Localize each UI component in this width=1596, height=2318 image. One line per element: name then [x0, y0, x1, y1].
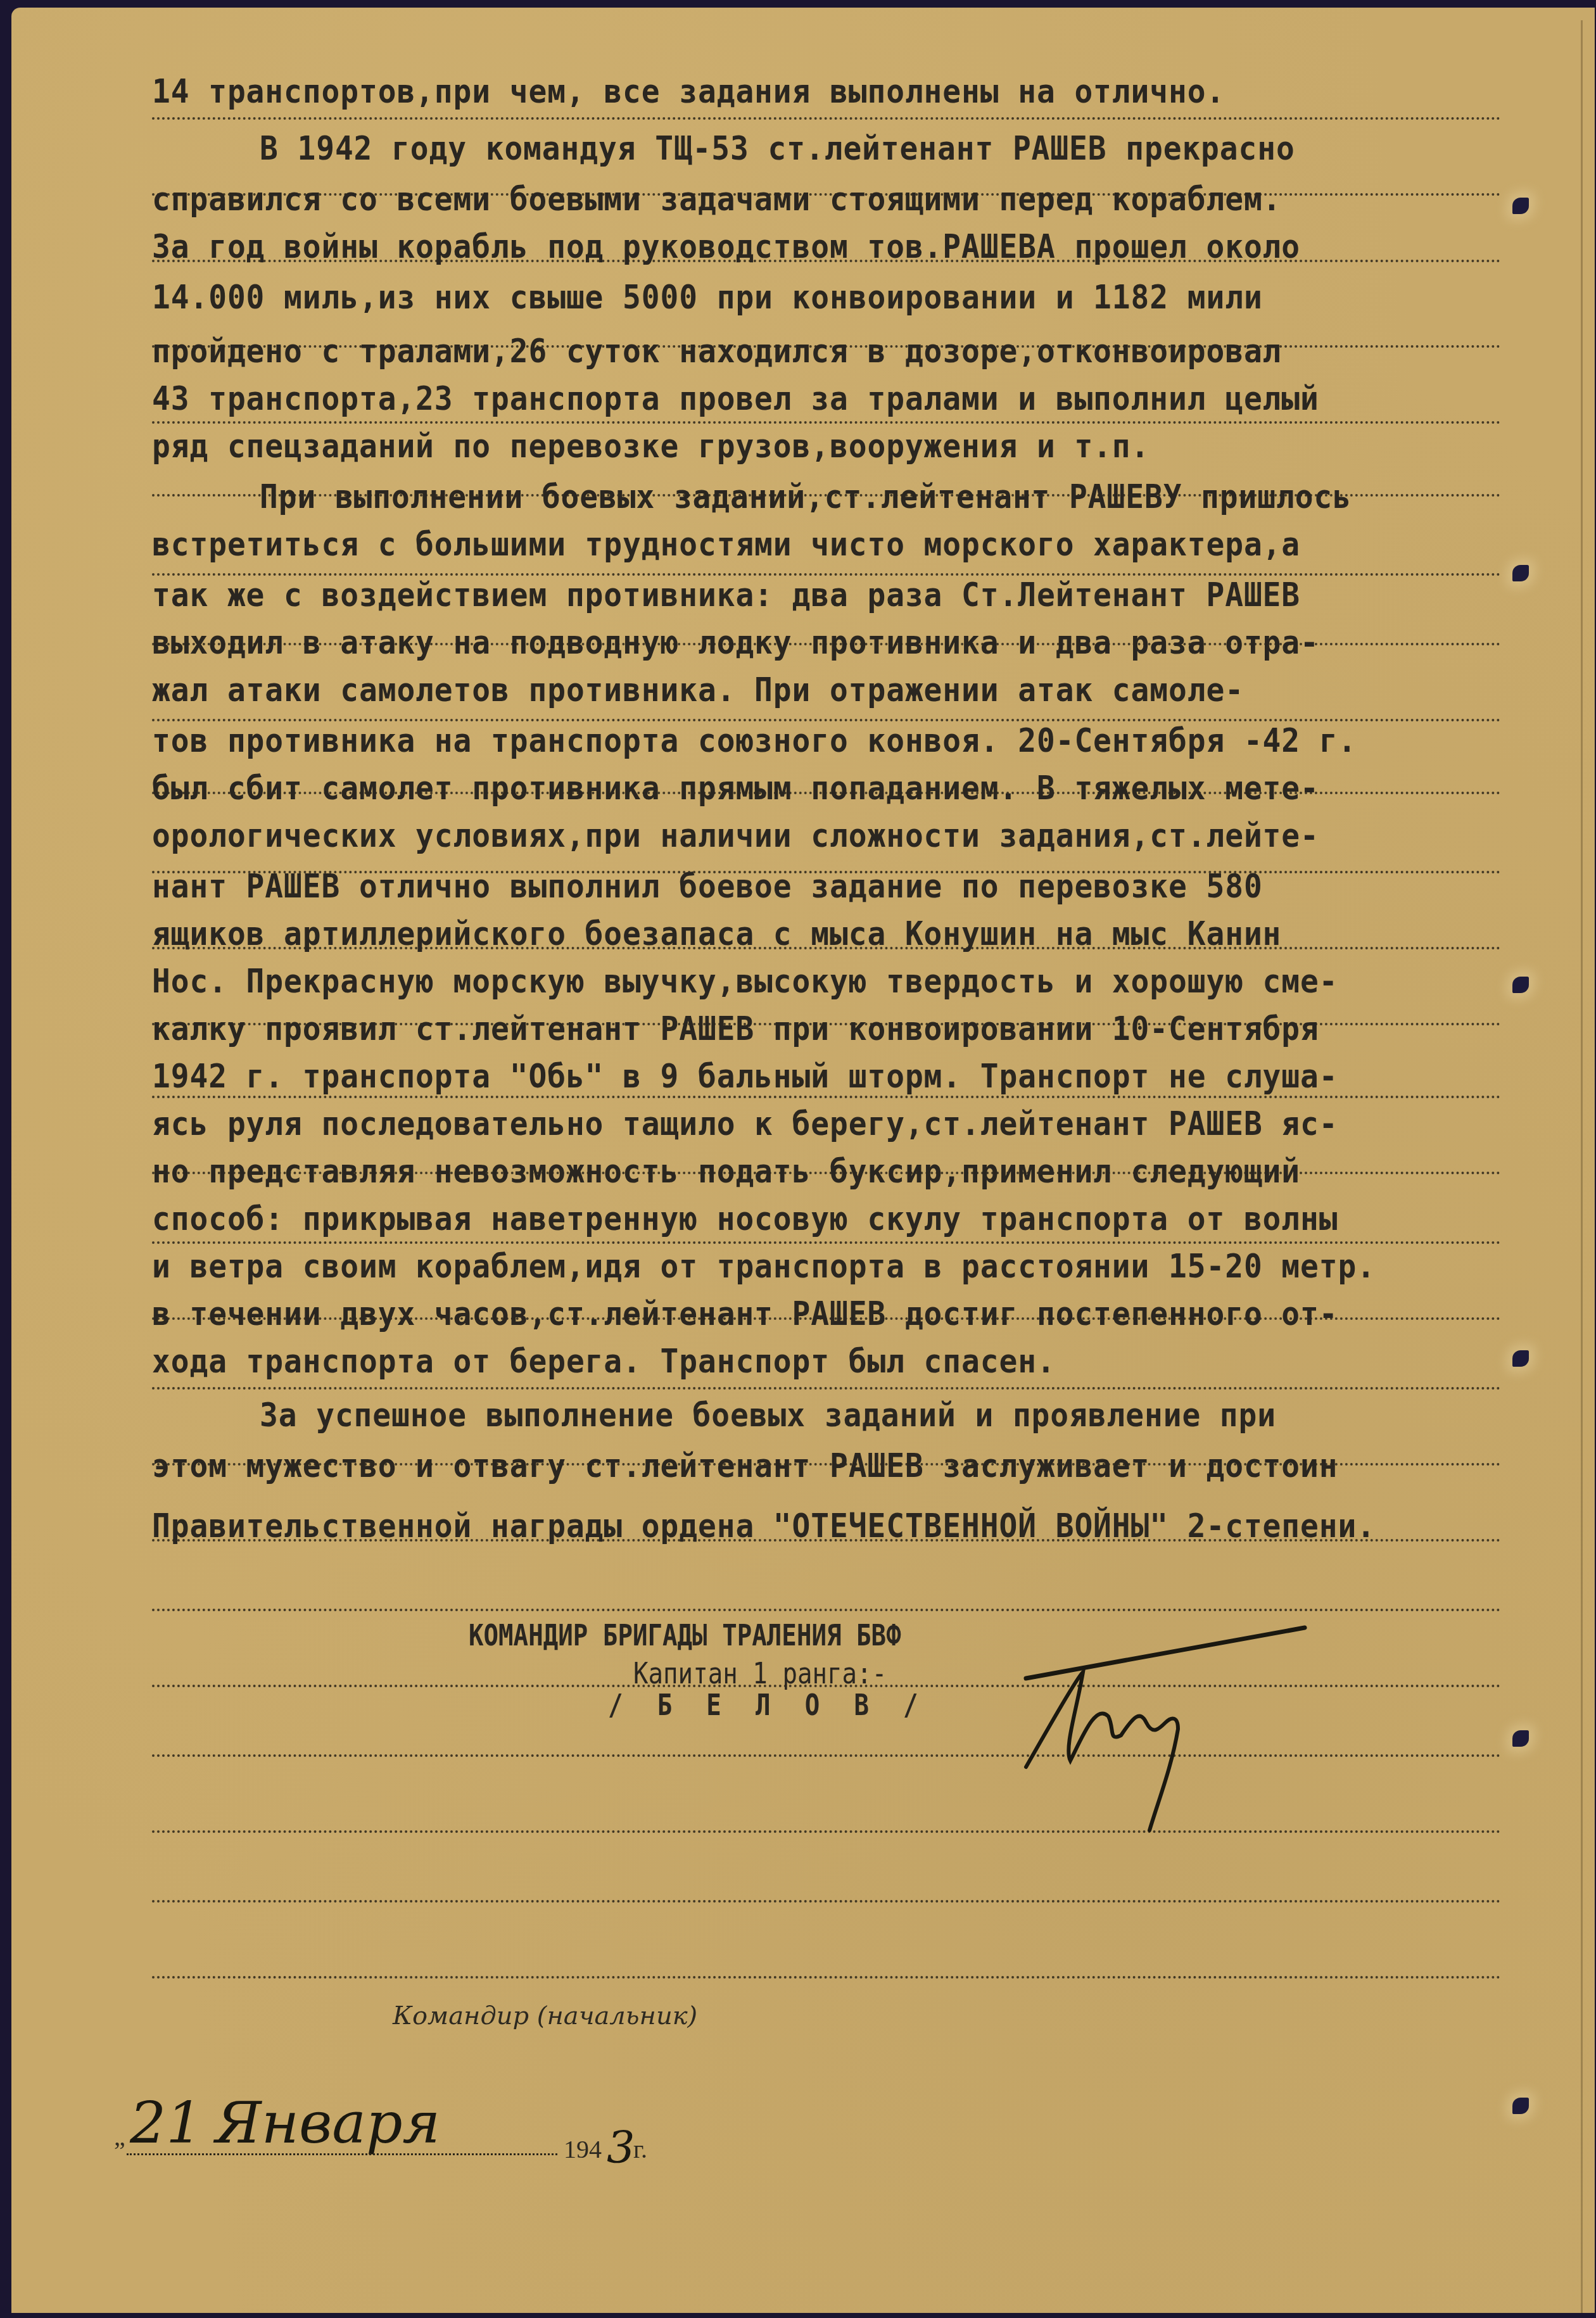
body-line: орологических условиях,при наличии сложн…	[152, 817, 1319, 855]
punch-hole	[1512, 1350, 1529, 1367]
signer-title: КОМАНДИР БРИГАДЫ ТРАЛЕНИЯ БВФ	[469, 1618, 901, 1652]
punch-hole	[1512, 1730, 1529, 1747]
page-fold-line	[1581, 20, 1583, 2313]
body-line: ящиков артиллерийского боезапаса с мыса …	[152, 915, 1281, 953]
body-line: способ: прикрывая наветренную носовую ск…	[152, 1200, 1338, 1238]
body-line: 43 транспорта,23 транспорта провел за тр…	[152, 380, 1319, 418]
body-line: пройдено с тралами,26 суток находился в …	[152, 332, 1281, 370]
punch-hole	[1512, 2098, 1529, 2114]
signer-rank: Капитан 1 ранга:-	[633, 1656, 887, 1690]
body-line: 14.000 миль,из них свыше 5000 при конвои…	[152, 279, 1263, 317]
date-day: 21	[130, 2090, 203, 2156]
punch-hole	[1512, 565, 1529, 581]
date-year-printed: 194	[564, 2134, 602, 2164]
body-line: Нос. Прекрасную морскую выучку,высокую т…	[152, 963, 1338, 1001]
date-year-suffix: г.	[633, 2134, 647, 2164]
date-month: Января	[215, 2090, 440, 2156]
body-line: хода транспорта от берега. Транспорт был…	[152, 1343, 1056, 1381]
body-line: тов противника на транспорта союзного ко…	[152, 722, 1357, 760]
body-line: так же с воздействием противника: два ра…	[152, 576, 1300, 614]
body-line: ряд спецзаданий по перевозке грузов,воор…	[152, 427, 1149, 465]
body-line: справился со всеми боевыми задачами стоя…	[152, 180, 1281, 218]
body-line: Правительственной награды ордена "ОТЕЧЕС…	[152, 1507, 1376, 1545]
body-line: При выполнении боевых заданий,ст.лейтена…	[260, 478, 1352, 516]
body-line: выходил в атаку на подводную лодку проти…	[152, 624, 1319, 662]
body-line: За успешное выполнение боевых заданий и …	[260, 1396, 1276, 1434]
body-line: ясь руля последовательно тащило к берегу…	[152, 1105, 1338, 1143]
body-line: но представляя невозможность подать букс…	[152, 1153, 1300, 1191]
body-line: За год войны корабль под руководством то…	[152, 228, 1300, 266]
form-label-commander: Командир (начальник)	[393, 2001, 697, 2030]
date-underline	[127, 2153, 557, 2155]
body-line: 1942 г. транспорта "Обь" в 9 бальный што…	[152, 1058, 1338, 1096]
body-line: этом мужество и отвагу ст.лейтенант РАШЕ…	[152, 1447, 1338, 1485]
body-line: калку проявил ст.лейтенант РАШЕВ при кон…	[152, 1010, 1319, 1048]
body-line: 14 транспортов,при чем, все задания выпо…	[152, 73, 1225, 111]
body-line: и ветра своим кораблем,идя от транспорта…	[152, 1248, 1376, 1286]
punch-hole	[1512, 198, 1529, 214]
body-line: был сбит самолет противника прямым попад…	[152, 769, 1319, 807]
body-line: В 1942 году командуя ТЩ-53 ст.лейтенант …	[260, 130, 1295, 168]
punch-hole	[1512, 977, 1529, 993]
handwritten-signature-icon	[1013, 1621, 1317, 1837]
body-line: встретиться с большими трудностями чисто…	[152, 526, 1300, 564]
date-year-handwritten: 3	[607, 2122, 635, 2174]
body-line: жал атаки самолетов противника. При отра…	[152, 671, 1244, 709]
body-line: в течении двух часов,ст.лейтенант РАШЕВ …	[152, 1295, 1338, 1333]
date-open-quote: „	[114, 2122, 125, 2151]
signer-name: / Б Е Л О В /	[608, 1688, 928, 1722]
body-line: нант РАШЕВ отлично выполнил боевое задан…	[152, 868, 1263, 906]
